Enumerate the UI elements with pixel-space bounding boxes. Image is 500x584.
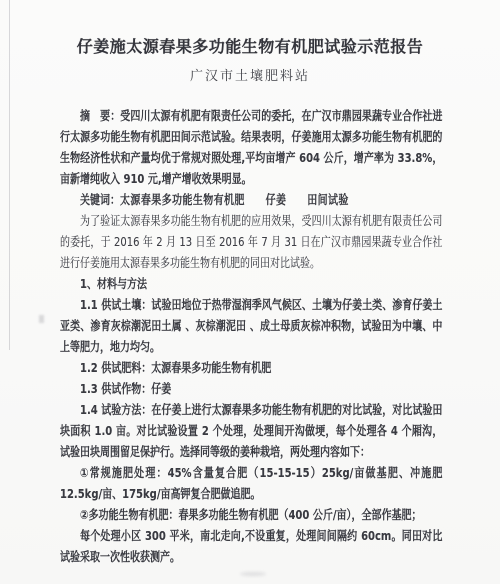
plot-layout-text: 每个处理小区 300 平米，南北走向,不设重复，处理间间隔约 60cm。同田对比… bbox=[60, 528, 442, 564]
plot-layout-paragraph: 每个处理小区 300 平米，南北走向,不设重复，处理间间隔约 60cm。同田对比… bbox=[60, 525, 442, 567]
treatment-2-label: ②多功能生物有机肥： bbox=[80, 507, 178, 522]
section1-item-soil: 1.1 供试土壤：试验田地位于热带湿润季风气候区、土壤为仔姜土类、渗育仔姜土亚类… bbox=[60, 294, 442, 357]
section1-item-crop-label: 1.3 供试作物： bbox=[80, 381, 151, 396]
section1-item-method: 1.4 试验方法：在仔姜上进行太源春果多功能生物有机肥的对比试验，对比试验田块面… bbox=[60, 399, 442, 462]
treatment-2-paragraph: ②多功能生物有机肥：春果多功能生物有机肥（400 公斤/亩），全部作基肥； bbox=[60, 504, 442, 525]
section1-heading: 1、材料与方法 bbox=[60, 273, 442, 294]
treatment-1-paragraph: ①常规施肥处理：45%含量复合肥（15-15-15）25kg/亩做基肥、冲施肥 … bbox=[60, 462, 442, 504]
treatment-2-text: 春果多功能生物有机肥（400 公斤/亩），全部作基肥； bbox=[178, 507, 421, 522]
keywords-text: 太源春果多功能生物有机肥 仔姜 田间试验 bbox=[120, 192, 349, 207]
section1-item-crop-text: 仔姜 bbox=[151, 381, 171, 396]
scan-edge-artifact bbox=[9, 0, 10, 350]
section1-item-fertilizer: 1.2 供试肥料：太源春果多功能生物有机肥 bbox=[60, 357, 442, 378]
section1-item-fertilizer-text: 太源春果多功能生物有机肥 bbox=[151, 360, 271, 375]
treatment-1-label: ①常规施肥处理： bbox=[80, 465, 168, 480]
scanned-report-page: 仔姜施太源春果多功能生物有机肥试验示范报告 广汉市土壤肥料站 摘 要：受四川太源… bbox=[0, 0, 500, 584]
page-title: 仔姜施太源春果多功能生物有机肥试验示范报告 bbox=[40, 36, 460, 58]
document-body: 摘 要：受四川太源有机肥有限责任公司的委托，在广汉市鼎园果蔬专业合作社进行太源多… bbox=[60, 105, 442, 567]
keywords-paragraph: 关键词：太源春果多功能生物有机肥 仔姜 田间试验 bbox=[60, 189, 442, 210]
section1-item-soil-label: 1.1 供试土壤： bbox=[80, 297, 151, 312]
organization-name: 广汉市土壤肥料站 bbox=[0, 68, 500, 86]
scan-speck-artifact bbox=[39, 315, 44, 323]
keywords-label: 关键词： bbox=[80, 192, 120, 207]
abstract-paragraph: 摘 要：受四川太源有机肥有限责任公司的委托，在广汉市鼎园果蔬专业合作社进行太源多… bbox=[60, 105, 442, 189]
section1-item-method-label: 1.4 试验方法： bbox=[80, 402, 151, 417]
section1-item-crop: 1.3 供试作物：仔姜 bbox=[60, 378, 442, 399]
scan-smudge-artifact bbox=[240, 572, 266, 576]
section1-item-fertilizer-label: 1.2 供试肥料： bbox=[80, 360, 151, 375]
intro-paragraph: 为了验证太源春果多功能生物有机肥的应用效果，受四川太源有机肥有限责任公司的委托，… bbox=[60, 210, 442, 273]
abstract-label: 摘 要： bbox=[80, 108, 120, 123]
